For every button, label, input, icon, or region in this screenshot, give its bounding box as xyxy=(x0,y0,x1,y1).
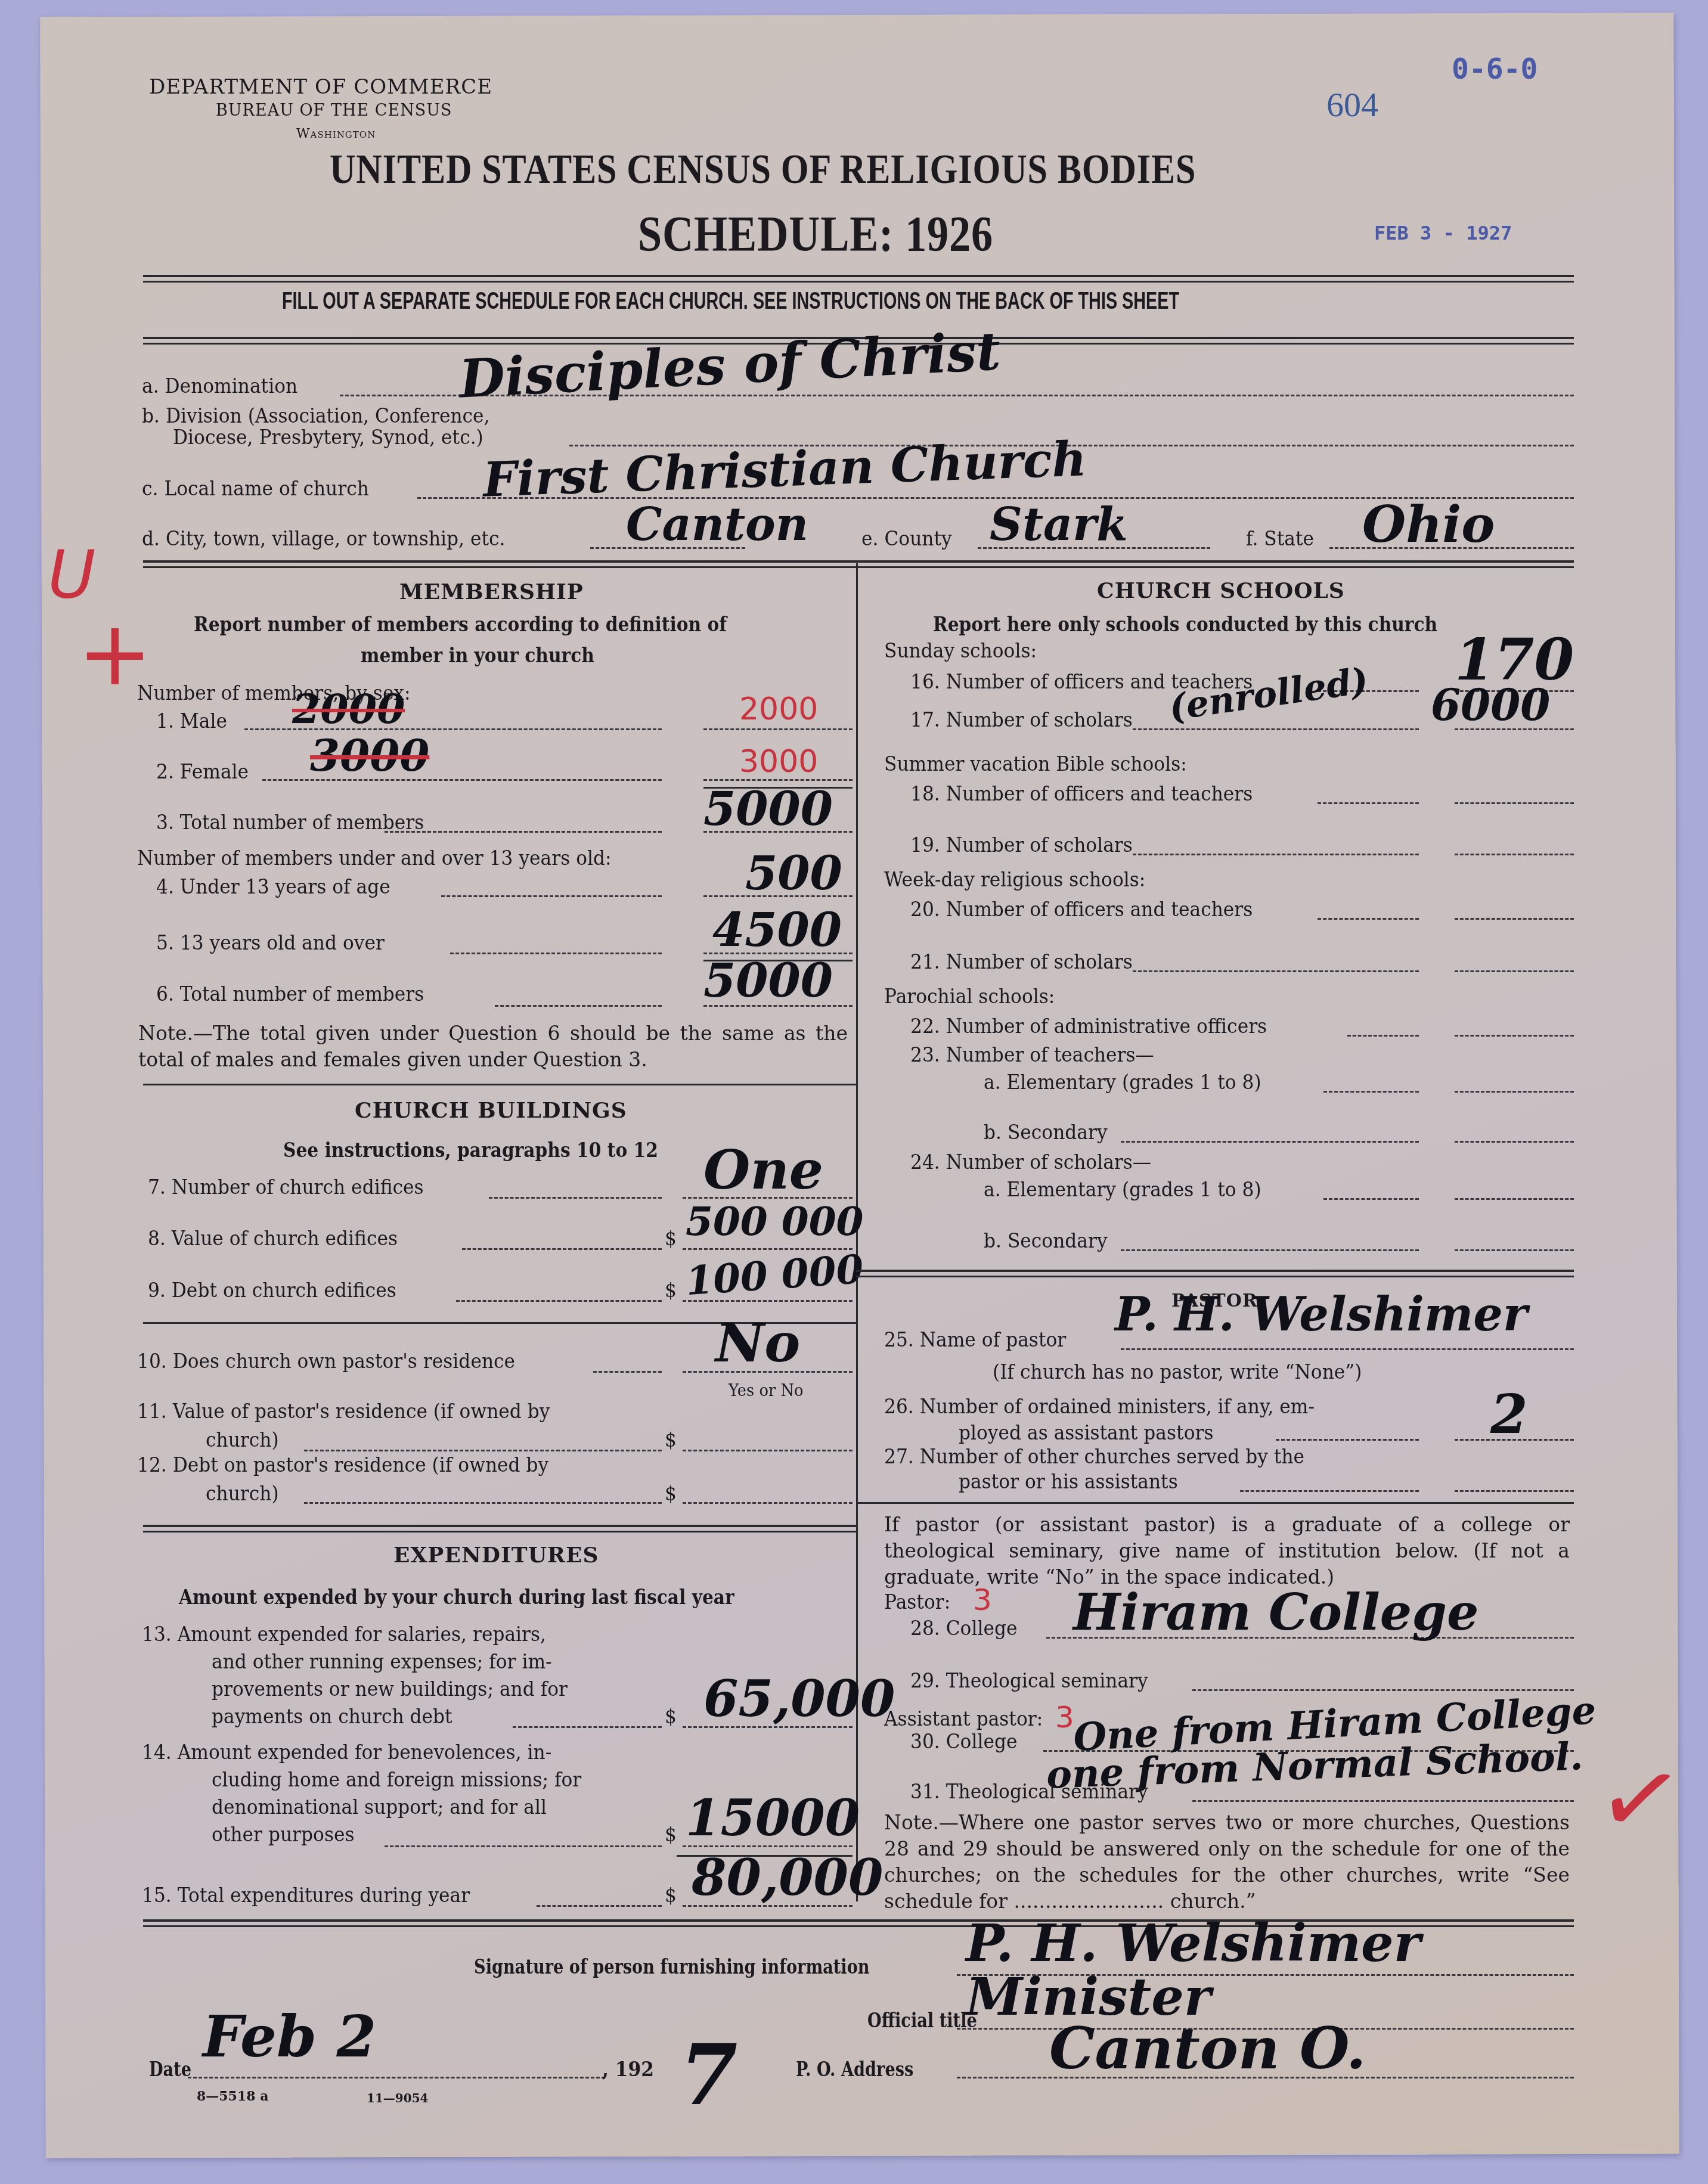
assistant-red-mark: 3 xyxy=(1055,1700,1074,1735)
q27-label-2: pastor or his assistants xyxy=(959,1470,1178,1494)
q7-edifices-value[interactable]: One xyxy=(703,1138,823,1202)
q29-label: 29. Theological seminary xyxy=(910,1669,1148,1693)
q13-label-4: payments on church debt xyxy=(212,1705,452,1729)
q1-male-label: 1. Male xyxy=(156,709,227,733)
form-title: UNITED STATES CENSUS OF RELIGIOUS BODIES xyxy=(330,146,1196,194)
graduate-instructions: If pastor (or assistant pastor) is a gra… xyxy=(884,1512,1570,1590)
q12-residence-debt-label-2: church) xyxy=(206,1482,279,1506)
date-label: Date xyxy=(149,2058,191,2081)
state-label: f. State xyxy=(1246,527,1314,551)
pastor-red-mark: 3 xyxy=(973,1583,992,1617)
weekday-schools-label: Week-day religious schools: xyxy=(884,868,1145,892)
membership-heading: MEMBERSHIP xyxy=(399,579,584,604)
q23b-label: b. Secondary xyxy=(984,1121,1108,1144)
county-label: e. County xyxy=(861,527,952,551)
q21-label: 21. Number of scholars xyxy=(910,950,1133,974)
po-address-value[interactable]: Canton O. xyxy=(1049,2015,1366,2082)
year-prefix: , 192 xyxy=(602,2058,654,2081)
signature-label: Signature of person furnishing informati… xyxy=(474,1955,870,1979)
q31-label: 31. Theological seminary xyxy=(910,1780,1148,1804)
q20-label: 20. Number of officers and teachers xyxy=(910,898,1253,922)
summer-schools-label: Summer vacation Bible schools: xyxy=(884,752,1187,776)
form-number: 8—5518 a xyxy=(197,2089,268,2104)
age-groups-label: Number of members under and over 13 year… xyxy=(137,846,612,870)
membership-subtitle-2: member in your church xyxy=(361,644,594,667)
q14-label-2: cluding home and foreign missions; for xyxy=(212,1768,581,1792)
q14-label-1: 14. Amount expended for benevolences, in… xyxy=(142,1741,551,1764)
pastor-label: Pastor: xyxy=(884,1590,950,1614)
q15-value[interactable]: 80,000 xyxy=(692,1848,883,1907)
q24-label: 24. Number of scholars— xyxy=(910,1150,1151,1174)
county-value[interactable]: Stark xyxy=(990,498,1128,551)
q5-13-and-over-value[interactable]: 4500 xyxy=(712,903,842,957)
q12-residence-debt-label: 12. Debt on pastor's residence (if owned… xyxy=(137,1453,548,1477)
q11-dollar-sign: $ xyxy=(665,1428,677,1452)
print-number: 11—9054 xyxy=(367,2091,429,2105)
q9-debt-label: 9. Debt on church edifices xyxy=(148,1279,396,1302)
q26-label-2: ployed as assistant pastors xyxy=(959,1421,1213,1445)
q13-label-1: 13. Amount expended for salaries, repair… xyxy=(142,1623,546,1646)
q15-label: 15. Total expenditures during year xyxy=(142,1884,470,1907)
city-value[interactable]: Canton xyxy=(626,498,808,551)
q1-male-value[interactable]: 2000 xyxy=(739,691,818,727)
q1-male-crossed-value: 2000 xyxy=(292,685,405,733)
received-date-stamp: FEB 3 - 1927 xyxy=(1374,222,1512,244)
q18-label: 18. Number of officers and teachers xyxy=(910,782,1253,806)
assistant-pastor-label: Assistant pastor: xyxy=(884,1707,1043,1731)
q4-under-13-value[interactable]: 500 xyxy=(745,846,842,901)
q13-dollar-sign: $ xyxy=(665,1705,677,1729)
q5-13-and-over-label: 5. 13 years old and over xyxy=(156,931,385,955)
q28-label: 28. College xyxy=(910,1617,1018,1640)
q15-dollar-sign: $ xyxy=(665,1884,677,1907)
denomination-label: a. Denomination xyxy=(142,374,297,398)
q23-label: 23. Number of teachers— xyxy=(910,1043,1154,1067)
state-value[interactable]: Ohio xyxy=(1362,495,1495,554)
expenditures-subtitle: Amount expended by your church during la… xyxy=(179,1586,734,1609)
schedule-number-stamp: 604 xyxy=(1326,85,1378,125)
q2-female-crossed-value: 3000 xyxy=(310,730,429,781)
q8-dollar-sign: $ xyxy=(665,1227,677,1251)
q13-label-2: and other running expenses; for im- xyxy=(212,1650,552,1674)
year-value[interactable]: 7 xyxy=(680,2027,737,2124)
q25-label: 25. Name of pastor xyxy=(884,1328,1066,1352)
q28-college-value[interactable]: Hiram College xyxy=(1073,1583,1478,1642)
q13-label-3: provements or new buildings; and for xyxy=(212,1677,568,1701)
q14-label-3: denominational support; and for all xyxy=(212,1795,547,1819)
instructions-banner: FILL OUT A SEPARATE SCHEDULE FOR EACH CH… xyxy=(282,288,1179,315)
q9-dollar-sign: $ xyxy=(665,1279,677,1302)
expenditures-heading: EXPENDITURES xyxy=(393,1543,599,1568)
division-label: b. Division (Association, Conference, xyxy=(142,404,490,428)
parochial-schools-label: Parochial schools: xyxy=(884,985,1055,1009)
q2-female-value[interactable]: 3000 xyxy=(739,744,818,780)
q24b-label: b. Secondary xyxy=(984,1229,1108,1253)
q13-value[interactable]: 65,000 xyxy=(703,1669,895,1728)
q10-residence-label: 10. Does church own pastor's residence xyxy=(137,1350,515,1373)
q12-dollar-sign: $ xyxy=(665,1482,677,1506)
margin-mark-u: U xyxy=(48,536,96,613)
q14-value[interactable]: 15000 xyxy=(686,1788,860,1847)
buildings-heading: CHURCH BUILDINGS xyxy=(355,1098,627,1123)
sunday-schools-label: Sunday schools: xyxy=(884,639,1037,663)
q11-residence-value-label-2: church) xyxy=(206,1428,279,1452)
q14-label-4: other purposes xyxy=(212,1823,355,1847)
membership-subtitle-1: Report number of members according to de… xyxy=(194,613,727,636)
local-name-label: c. Local name of church xyxy=(142,477,369,501)
q2-female-label: 2. Female xyxy=(156,760,249,784)
q30-label: 30. College xyxy=(910,1730,1018,1754)
buildings-subtitle: See instructions, paragraphs 10 to 12 xyxy=(283,1138,658,1162)
pastor-note: Note.—Where one pastor serves two or mor… xyxy=(884,1810,1570,1915)
schedule-title: SCHEDULE: 1926 xyxy=(638,206,993,263)
division-label-2: Diocese, Presbytery, Synod, etc.) xyxy=(173,426,483,449)
q8-value-label: 8. Value of church edifices xyxy=(148,1227,398,1251)
city-label: Washington xyxy=(296,126,376,141)
q14-dollar-sign: $ xyxy=(665,1823,677,1847)
q26-value[interactable]: 2 xyxy=(1490,1383,1528,1446)
q6-total-label: 6. Total number of members xyxy=(156,982,424,1006)
bureau-label: BUREAU OF THE CENSUS xyxy=(216,101,452,120)
schools-heading: CHURCH SCHOOLS xyxy=(1097,578,1345,603)
q10-residence-value[interactable]: No xyxy=(715,1311,800,1375)
q6-total-value[interactable]: 5000 xyxy=(703,954,833,1008)
po-address-label: P. O. Address xyxy=(796,2058,913,2081)
q17-label: 17. Number of scholars xyxy=(910,708,1133,732)
q24a-label: a. Elementary (grades 1 to 8) xyxy=(984,1178,1261,1202)
membership-note: Note.—The total given under Question 6 s… xyxy=(138,1020,848,1073)
q19-label: 19. Number of scholars xyxy=(910,833,1133,857)
q25-hint: (If church has no pastor, write “None”) xyxy=(993,1360,1362,1384)
q3-total-value[interactable]: 5000 xyxy=(703,782,833,836)
q11-residence-value-label: 11. Value of pastor's residence (if owne… xyxy=(137,1400,550,1423)
q22-label: 22. Number of administrative officers xyxy=(910,1015,1267,1038)
file-code-stamp: 0-6-0 xyxy=(1452,52,1538,86)
schools-subtitle: Report here only schools conducted by th… xyxy=(933,613,1437,636)
q4-under-13-label: 4. Under 13 years of age xyxy=(156,875,390,899)
signature-value[interactable]: P. H. Welshimer xyxy=(966,1913,1421,1974)
q23a-label: a. Elementary (grades 1 to 8) xyxy=(984,1071,1261,1094)
date-value[interactable]: Feb 2 xyxy=(203,2003,376,2070)
q25-pastor-name[interactable]: P. H. Welshimer xyxy=(1115,1288,1527,1342)
q10-yes-no-hint: Yes or No xyxy=(729,1380,803,1400)
q26-label: 26. Number of ordained ministers, if any… xyxy=(884,1395,1315,1419)
department-label: DEPARTMENT OF COMMERCE xyxy=(149,75,492,99)
q17-value[interactable]: 6000 xyxy=(1431,680,1550,730)
city-town-label: d. City, town, village, or township, etc… xyxy=(142,527,506,551)
q8-value[interactable]: 500 000 xyxy=(686,1198,864,1245)
q7-edifices-label: 7. Number of church edifices xyxy=(148,1175,424,1199)
q27-label: 27. Number of other churches served by t… xyxy=(884,1445,1304,1469)
q3-total-label: 3. Total number of members xyxy=(156,811,424,834)
